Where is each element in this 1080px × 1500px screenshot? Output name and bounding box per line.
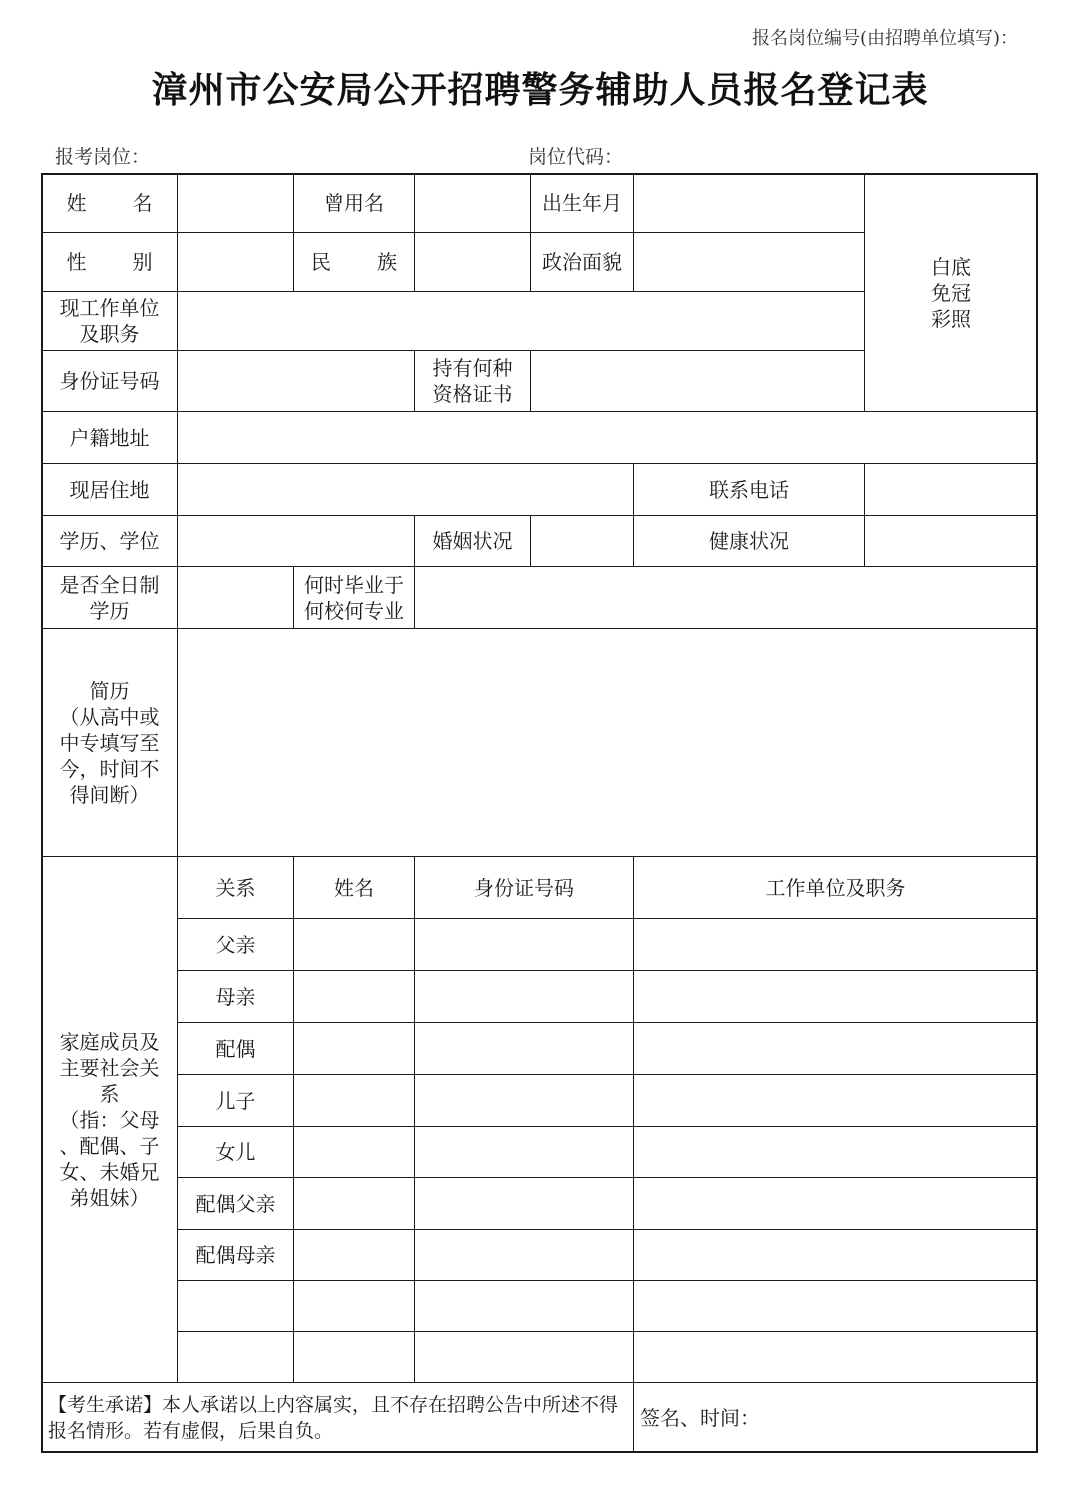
- education-field[interactable]: [177, 515, 415, 567]
- gender-field[interactable]: [177, 232, 294, 292]
- family-id-field[interactable]: [414, 1022, 634, 1075]
- family-header-id: 身份证号码: [414, 856, 634, 919]
- family-relation-daughter: 女儿: [177, 1126, 294, 1178]
- family-work-field[interactable]: [633, 1022, 1038, 1075]
- fulltime-field[interactable]: [177, 566, 294, 629]
- family-id-field[interactable]: [414, 918, 634, 971]
- family-name-field[interactable]: [293, 1074, 415, 1127]
- phone-field[interactable]: [864, 463, 1038, 516]
- family-relation-father: 父亲: [177, 918, 294, 971]
- position-number-note: 报名岗位编号(由招聘单位填写)：: [752, 24, 1018, 50]
- family-work-field[interactable]: [633, 1126, 1038, 1178]
- label-education: 学历、学位: [41, 515, 178, 567]
- label-certificate: 持有何种 资格证书: [414, 350, 531, 412]
- label-health: 健康状况: [633, 515, 865, 567]
- family-work-field[interactable]: [633, 1177, 1038, 1230]
- work-unit-field[interactable]: [177, 291, 865, 351]
- label-graduation: 何时毕业于 何校何专业: [293, 566, 415, 629]
- family-relation-mother: 母亲: [177, 970, 294, 1023]
- family-name-field[interactable]: [293, 1331, 415, 1383]
- family-header-work: 工作单位及职务: [633, 856, 1038, 919]
- family-work-field[interactable]: [633, 1331, 1038, 1383]
- label-political: 政治面貌: [530, 232, 634, 292]
- family-header-relation: 关系: [177, 856, 294, 919]
- birth-field[interactable]: [633, 173, 865, 233]
- family-name-field[interactable]: [293, 918, 415, 971]
- pledge-text: 【考生承诺】本人承诺以上内容属实，且不存在招聘公告中所述不得报名情形。若有虚假，…: [41, 1382, 634, 1453]
- health-field[interactable]: [864, 515, 1038, 567]
- family-relation-spouse-mother: 配偶母亲: [177, 1229, 294, 1281]
- family-name-field[interactable]: [293, 1280, 415, 1332]
- graduation-field[interactable]: [414, 566, 1038, 629]
- family-work-field[interactable]: [633, 1229, 1038, 1281]
- family-relation-blank[interactable]: [177, 1280, 294, 1332]
- label-resume: 简历 （从高中或 中专填写至 今，时间不 得间断）: [41, 628, 178, 857]
- family-id-field[interactable]: [414, 1229, 634, 1281]
- label-marital: 婚姻状况: [414, 515, 531, 567]
- signature-label: 签名、时间：: [640, 1405, 760, 1431]
- registration-table: 姓名 曾用名 出生年月 白底 免冠 彩照 性别 民族 政治面貌 现工作单位 及职…: [41, 173, 1038, 1453]
- id-number-field[interactable]: [177, 350, 415, 412]
- family-work-field[interactable]: [633, 918, 1038, 971]
- label-work-unit: 现工作单位 及职务: [41, 291, 178, 351]
- label-gender: 性别: [41, 232, 178, 292]
- position-code-label: 岗位代码：: [528, 142, 623, 169]
- household-field[interactable]: [177, 411, 1038, 464]
- family-id-field[interactable]: [414, 1126, 634, 1178]
- political-field[interactable]: [633, 232, 865, 292]
- name-field[interactable]: [177, 173, 294, 233]
- family-id-field[interactable]: [414, 1280, 634, 1332]
- apply-position-label: 报考岗位：: [55, 142, 150, 169]
- label-residence: 现居住地: [41, 463, 178, 516]
- label-household: 户籍地址: [41, 411, 178, 464]
- resume-field[interactable]: [177, 628, 1038, 857]
- photo-box[interactable]: 白底 免冠 彩照: [864, 173, 1038, 412]
- family-name-field[interactable]: [293, 1126, 415, 1178]
- marital-field[interactable]: [530, 515, 634, 567]
- family-work-field[interactable]: [633, 970, 1038, 1023]
- label-phone: 联系电话: [633, 463, 865, 516]
- certificate-field[interactable]: [530, 350, 865, 412]
- label-fulltime: 是否全日制 学历: [41, 566, 178, 629]
- family-work-field[interactable]: [633, 1280, 1038, 1332]
- former-name-field[interactable]: [414, 173, 531, 233]
- family-name-field[interactable]: [293, 1022, 415, 1075]
- signature-field[interactable]: 签名、时间：: [633, 1382, 1038, 1453]
- label-name: 姓名: [41, 173, 178, 233]
- family-name-field[interactable]: [293, 1229, 415, 1281]
- ethnic-field[interactable]: [414, 232, 531, 292]
- family-id-field[interactable]: [414, 1074, 634, 1127]
- family-header-name: 姓名: [293, 856, 415, 919]
- family-relation-blank[interactable]: [177, 1331, 294, 1383]
- family-work-field[interactable]: [633, 1074, 1038, 1127]
- family-id-field[interactable]: [414, 1331, 634, 1383]
- residence-field[interactable]: [177, 463, 634, 516]
- label-birth: 出生年月: [530, 173, 634, 233]
- family-relation-son: 儿子: [177, 1074, 294, 1127]
- label-id-number: 身份证号码: [41, 350, 178, 412]
- family-relation-spouse-father: 配偶父亲: [177, 1177, 294, 1230]
- family-name-field[interactable]: [293, 970, 415, 1023]
- label-former-name: 曾用名: [293, 173, 415, 233]
- label-ethnic: 民族: [293, 232, 415, 292]
- label-family: 家庭成员及 主要社会关 系 （指：父母 、配偶、子 女、未婚兄 弟姐妹）: [41, 856, 178, 1383]
- family-id-field[interactable]: [414, 1177, 634, 1230]
- family-relation-spouse: 配偶: [177, 1022, 294, 1075]
- family-name-field[interactable]: [293, 1177, 415, 1230]
- form-title: 漳州市公安局公开招聘警务辅助人员报名登记表: [0, 62, 1080, 113]
- family-id-field[interactable]: [414, 970, 634, 1023]
